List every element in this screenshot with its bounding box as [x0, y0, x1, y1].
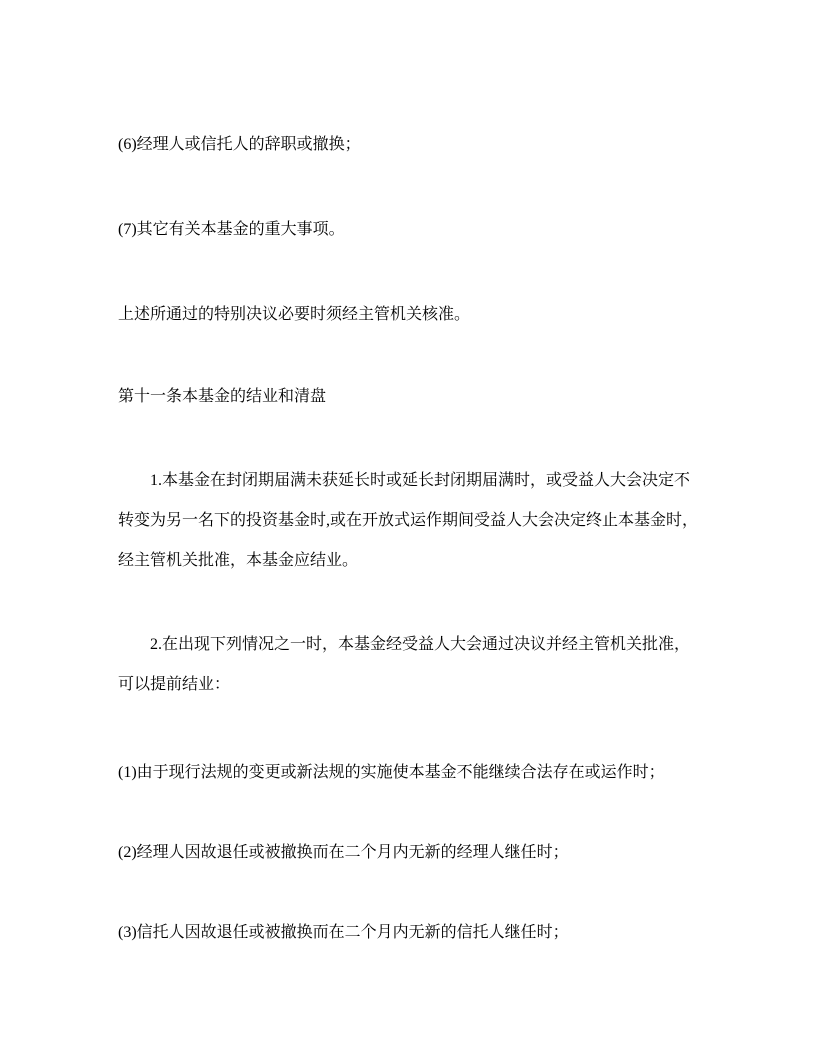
document-page: { "page": { "background": "#ffffff", "te… [0, 0, 816, 1056]
paragraph-list-item-6: (6)经理人或信托人的辞职或撤换； [118, 125, 720, 165]
text-line: 上述所通过的特别决议必要时须经主管机关核准。 [118, 306, 470, 323]
text-line: (7)其它有关本基金的重大事项。 [118, 221, 345, 238]
text-line: 可以提前结业： [118, 665, 720, 705]
text-line: (6)经理人或信托人的辞职或撤换； [118, 136, 361, 153]
paragraph-special-resolution: 上述所通过的特别决议必要时须经主管机关核准。 [118, 295, 720, 335]
heading-article-11: 第十一条本基金的结业和清盘 [118, 377, 720, 417]
text-line: (3)信托人因故退任或被撤换而在二个月内无新的信托人继任时； [118, 924, 569, 941]
text-line: 1.本基金在封闭期届满未获延长时或延长封闭期届满时，或受益人大会决定不 [118, 461, 720, 501]
text-line: (1)由于现行法规的变更或新法规的实施使本基金不能继续合法存在或运作时； [118, 764, 665, 781]
paragraph-subclause-2: (2)经理人因故退任或被撤换而在二个月内无新的经理人继任时； [118, 833, 720, 873]
text-line: 2.在出现下列情况之一时，本基金经受益人大会通过决议并经主管机关批准， [118, 625, 720, 665]
paragraph-list-item-7: (7)其它有关本基金的重大事项。 [118, 210, 720, 250]
text-line: 转变为另一名下的投资基金时,或在开放式运作期间受益人大会决定终止本基金时， [118, 501, 720, 541]
text-line: 经主管机关批准，本基金应结业。 [118, 541, 720, 581]
text-line: 第十一条本基金的结业和清盘 [118, 388, 326, 405]
paragraph-clause-1: 1.本基金在封闭期届满未获延长时或延长封闭期届满时，或受益人大会决定不 转变为另… [118, 461, 720, 581]
paragraph-clause-2: 2.在出现下列情况之一时，本基金经受益人大会通过决议并经主管机关批准， 可以提前… [118, 625, 720, 705]
paragraph-subclause-1: (1)由于现行法规的变更或新法规的实施使本基金不能继续合法存在或运作时； [118, 753, 720, 793]
document-body: (6)经理人或信托人的辞职或撤换； (7)其它有关本基金的重大事项。 上述所通过… [0, 0, 816, 953]
text-line: (2)经理人因故退任或被撤换而在二个月内无新的经理人继任时； [118, 844, 569, 861]
paragraph-subclause-3: (3)信托人因故退任或被撤换而在二个月内无新的信托人继任时； [118, 913, 720, 953]
